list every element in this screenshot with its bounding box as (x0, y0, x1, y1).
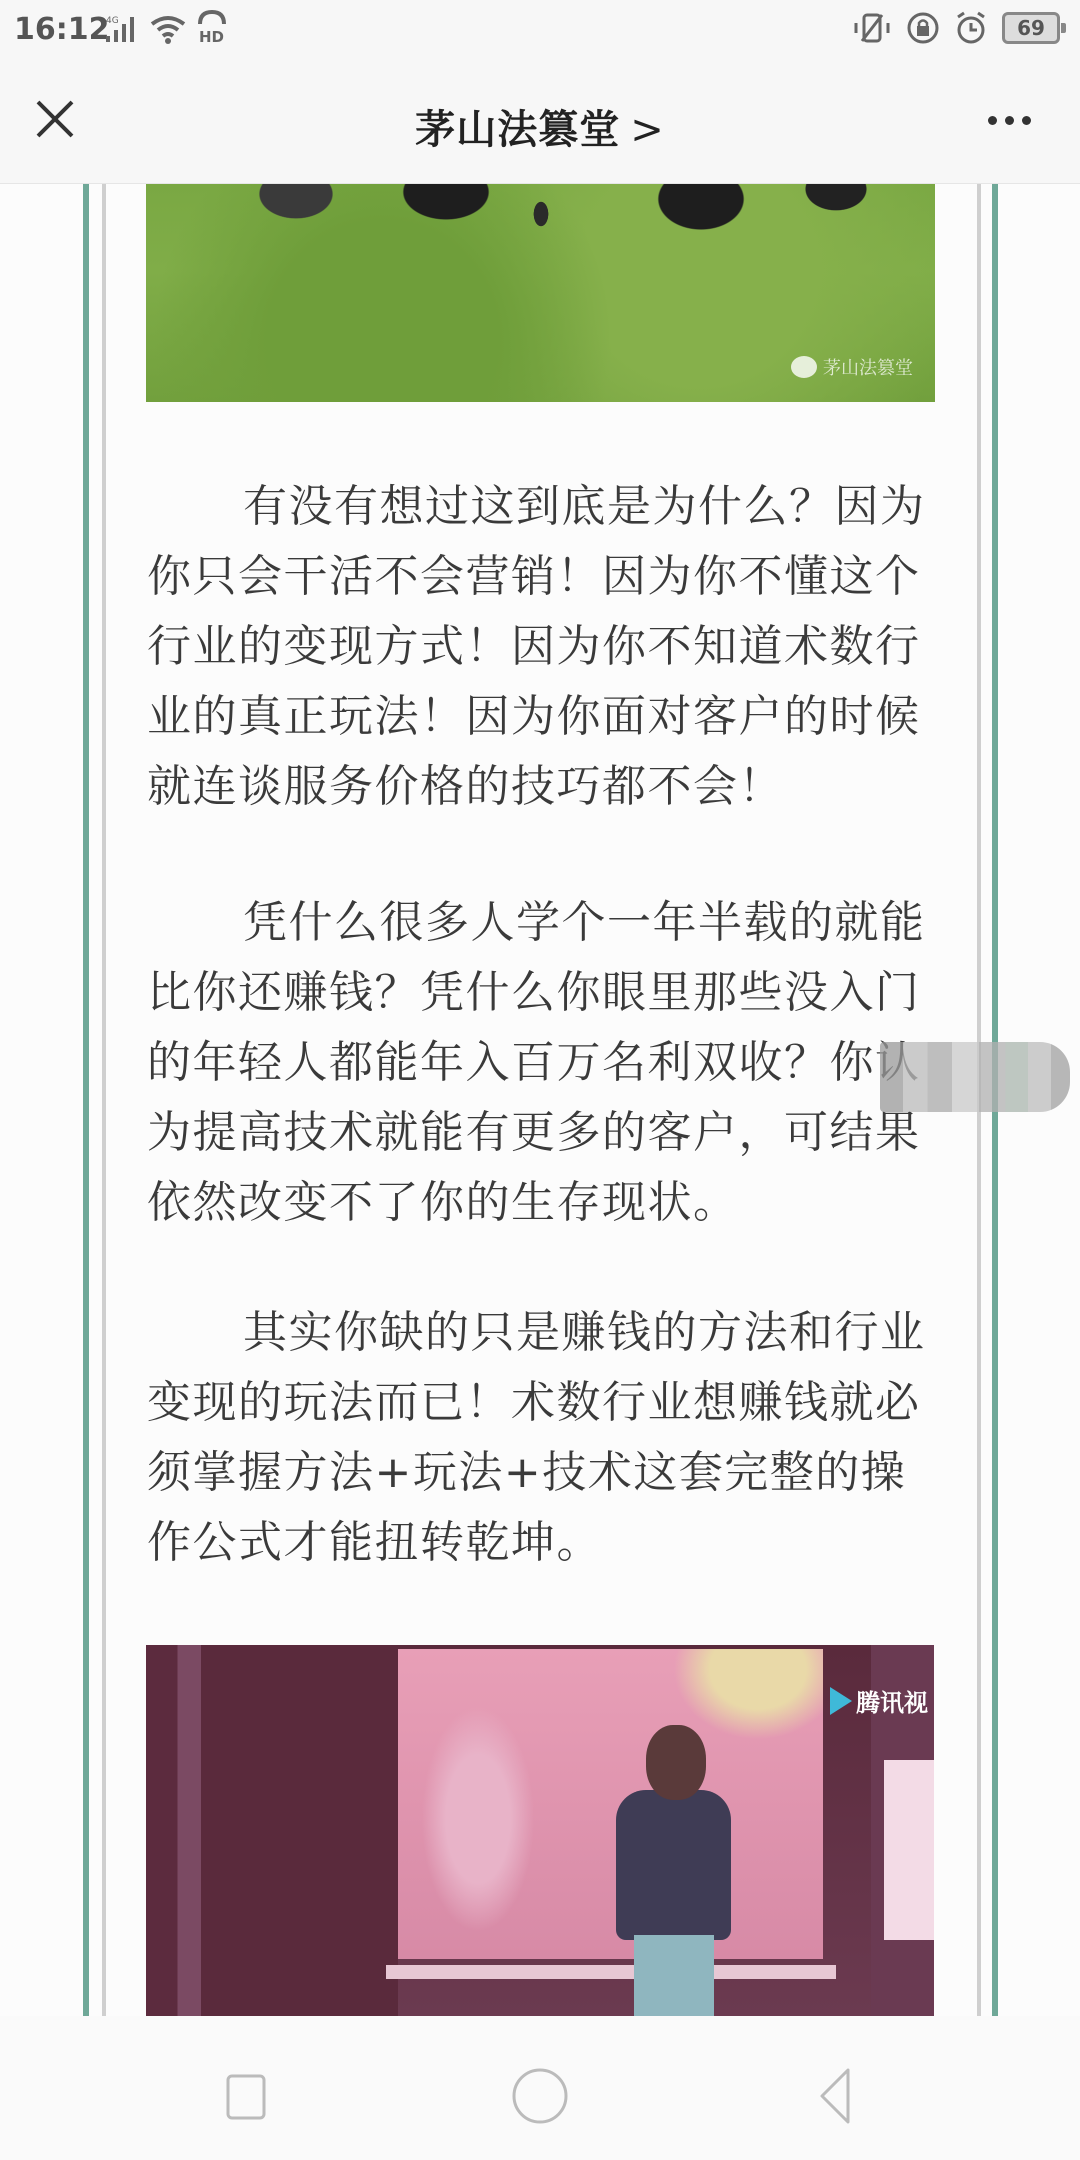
more-button[interactable] (984, 106, 1044, 136)
article-image-grass[interactable]: 茅山法篡堂 (146, 184, 935, 402)
paragraph-1: 有没有想过这到底是为什么？因为你只会干活不会营销！因为你不懂这个行业的变现方式！… (147, 472, 947, 822)
home-icon (500, 2056, 580, 2136)
system-nav-bar (0, 2016, 1080, 2160)
paragraph-2: 凭什么很多人学个一年半载的就能比你还赚钱？凭什么你眼里那些没入门的年轻人都能年入… (147, 888, 947, 1238)
whiteboard (884, 1760, 934, 1940)
mosaic-overlay (880, 1042, 1070, 1112)
svg-text:HD: HD (199, 28, 224, 44)
wechat-icon (791, 356, 817, 378)
speaker-figure (616, 1725, 726, 2016)
signal-icon: 4G (104, 14, 140, 44)
image-watermark: 茅山法篡堂 (791, 354, 913, 380)
status-left-icons: 4G HD (104, 12, 228, 44)
vibrate-icon (852, 11, 892, 45)
wifi-icon (150, 14, 186, 44)
projector-screen (398, 1649, 823, 1959)
more-icon-dot (1005, 116, 1014, 125)
paragraph-3: 其实你缺的只是赚钱的方法和行业变现的玩法而已！术数行业想赚钱就必须掌握方法+玩法… (147, 1298, 947, 1578)
hd-call-icon: HD (196, 10, 228, 44)
status-bar: 16:12 4G HD (0, 0, 1080, 60)
more-icon-dot (988, 116, 997, 125)
recents-icon (206, 2056, 286, 2136)
tencent-video-watermark: 腾讯视 (830, 1683, 928, 1718)
rotation-lock-icon (906, 11, 940, 45)
left-border-green (83, 184, 89, 2016)
play-icon (830, 1687, 852, 1715)
chevron-right-icon: > (630, 107, 665, 153)
page-title: 茅山法篡堂 (415, 107, 620, 153)
alarm-icon (954, 11, 988, 45)
projector-base (386, 1965, 836, 1979)
status-time: 16:12 (14, 12, 110, 47)
svg-text:4G: 4G (106, 16, 119, 26)
article-content[interactable]: 茅山法篡堂 有没有想过这到底是为什么？因为你只会干活不会营销！因为你不懂这个行业… (0, 184, 1080, 2016)
more-icon-dot (1022, 116, 1031, 125)
battery-icon: 69 (1002, 12, 1060, 44)
home-button[interactable] (500, 2056, 580, 2136)
account-title-link[interactable]: 茅山法篡堂> (0, 98, 1080, 155)
back-button[interactable] (796, 2056, 876, 2136)
recents-button[interactable] (206, 2056, 286, 2136)
left-border-gray (102, 184, 106, 2016)
status-right-icons: 69 (852, 10, 1060, 46)
back-icon (796, 2056, 876, 2136)
article-image-stage[interactable]: 腾讯视 (146, 1645, 934, 2016)
title-bar: 茅山法篡堂> (0, 60, 1080, 184)
